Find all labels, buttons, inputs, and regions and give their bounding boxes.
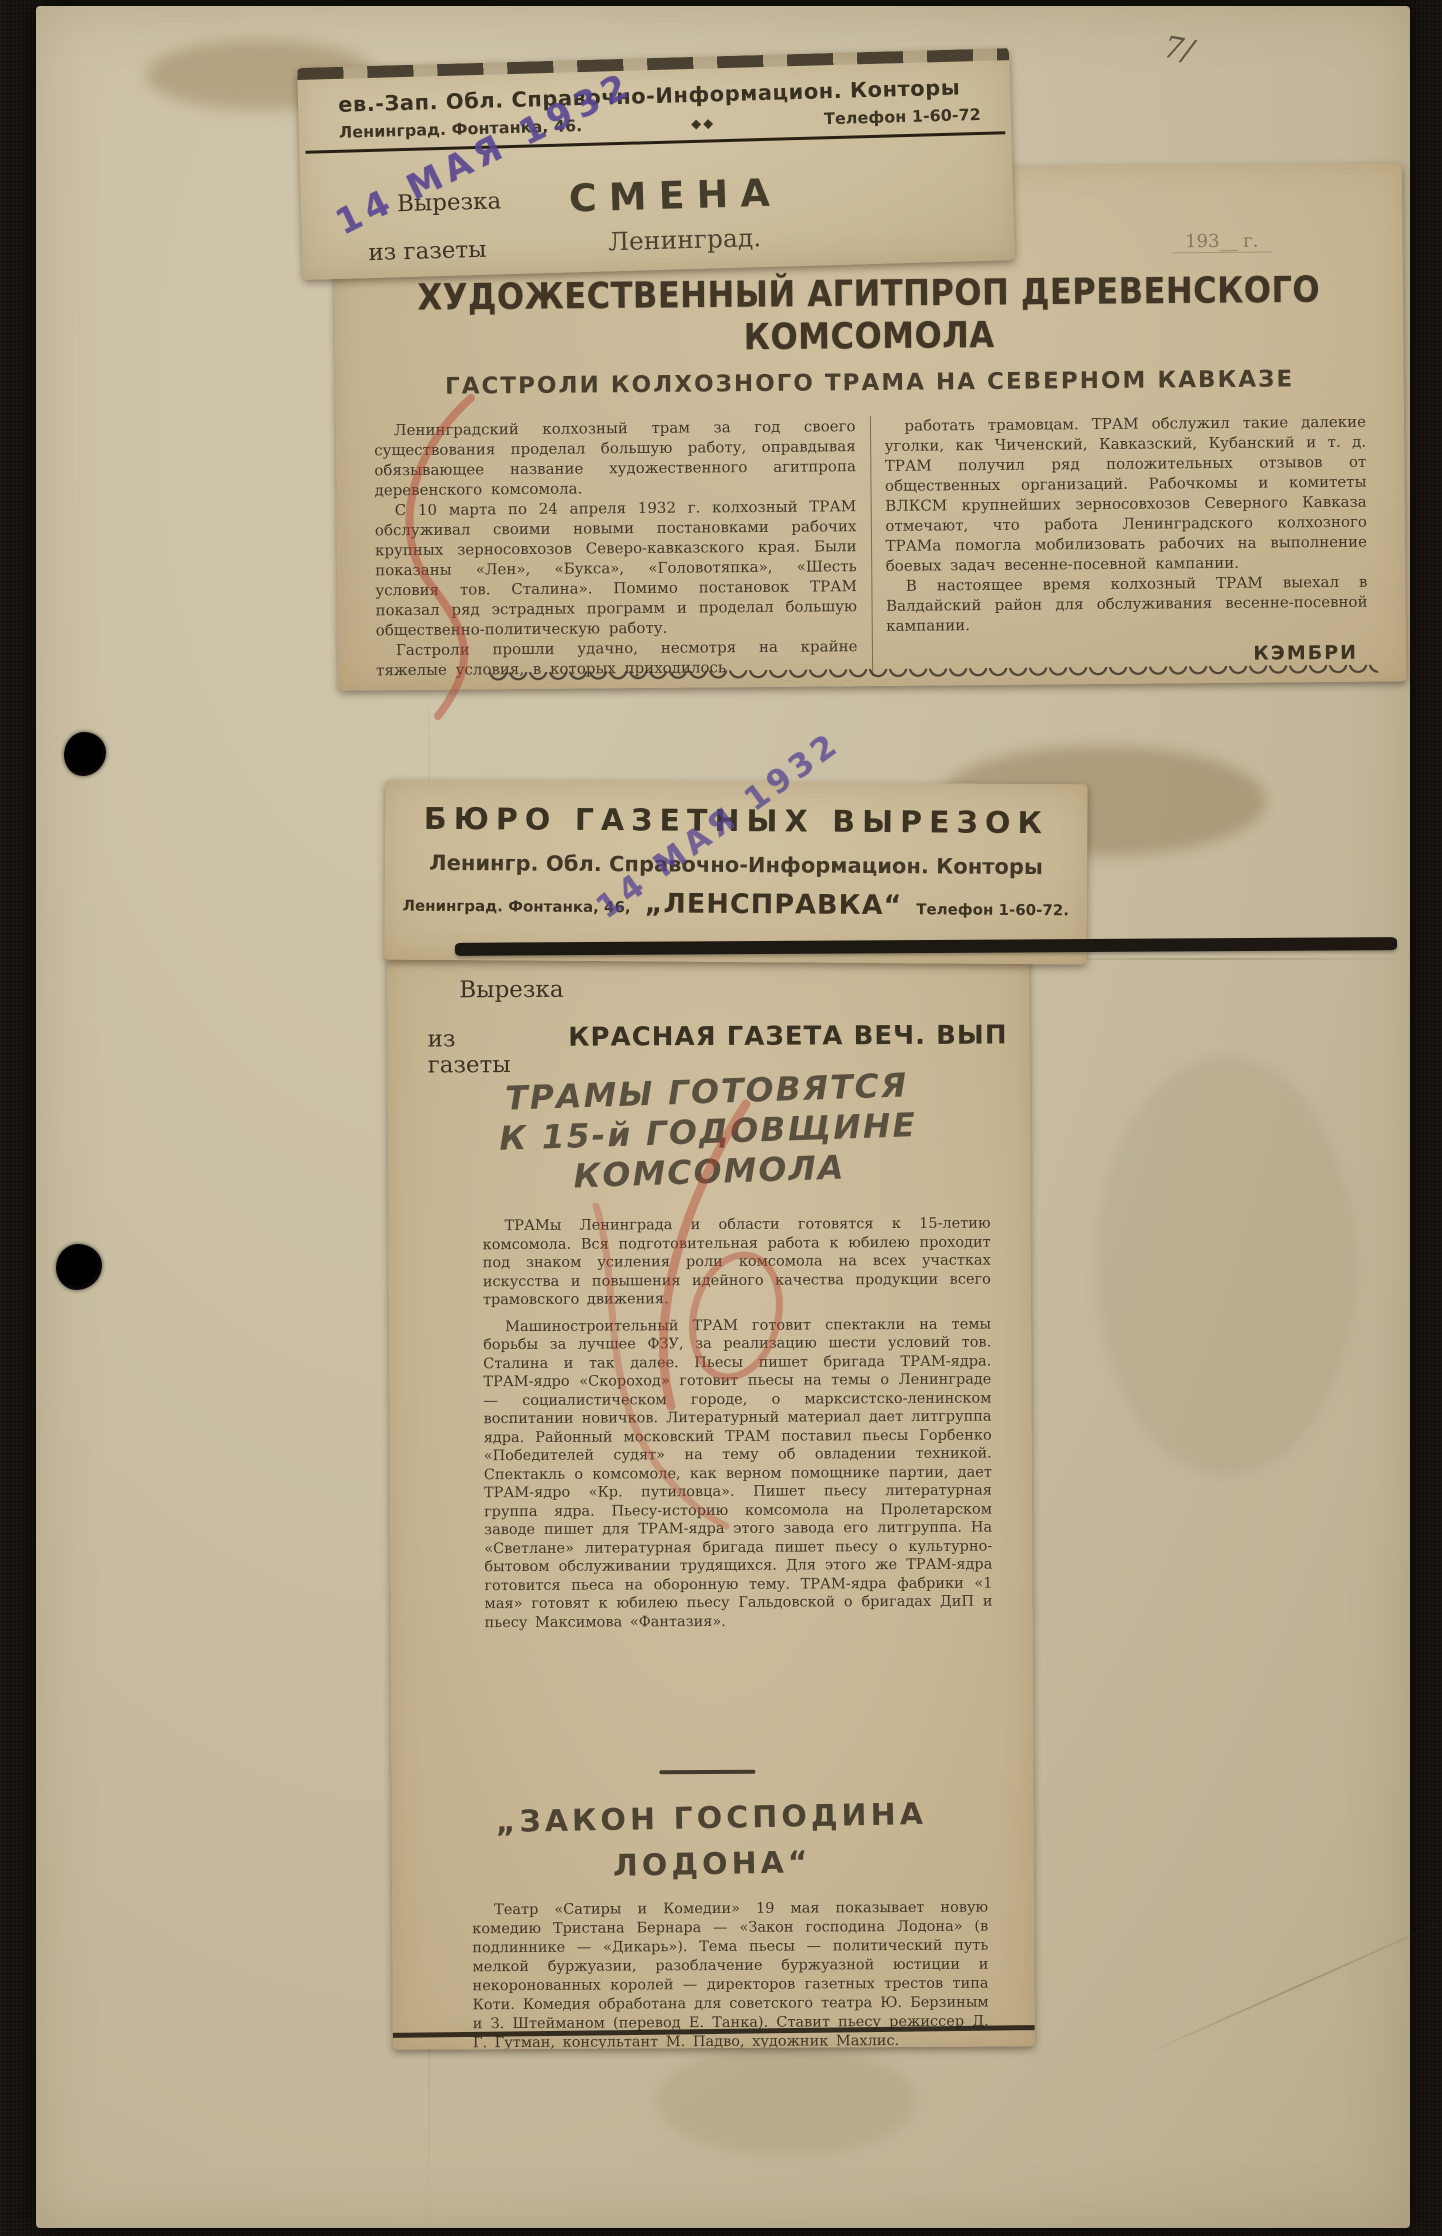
ornament-icon: ◆◆ — [582, 113, 824, 135]
newspaper-name-krasnaya-gazeta: КРАСНАЯ ГАЗЕТА ВЕЧ. ВЫП — [568, 1020, 1007, 1052]
bureau-address: Ленинград. Фонтанка, 46. — [339, 116, 583, 142]
bureau-address: Ленинград. Фонтанка, 46, — [402, 897, 630, 917]
bureau-phone: Телефон 1-60-72. — [916, 900, 1069, 919]
cutout-label-line2: из газеты — [368, 237, 487, 266]
bureau-title: БЮРО ГАЗЕТНЫХ ВЫРЕЗОК — [385, 802, 1087, 842]
article1-column-left: Ленинградский колхозный трам за год свое… — [360, 416, 872, 680]
cutout-label-line1: Вырезка — [397, 188, 502, 217]
cutout-label-line1: Вырезка — [459, 977, 563, 1004]
paper-crease — [1131, 1913, 1442, 2061]
article-paragraph: В настоящее время колхозный ТРАМ выехал … — [886, 572, 1368, 636]
page-number: 7/ — [1161, 30, 1196, 70]
clipping-article-tramy: Вырезка из газеты КРАСНАЯ ГАЗЕТА ВЕЧ. ВЫ… — [387, 952, 1035, 2049]
clipping-bureau-slip-lenspravka: БЮРО ГАЗЕТНЫХ ВЫРЕЗОК Ленингр. Обл. Спра… — [384, 780, 1087, 965]
article3-headline: „ЗАКОН ГОСПОДИНА ЛОДОНА“ — [431, 1791, 993, 1894]
article-paragraph: ТРАМы Ленинграда и области готовятся к 1… — [483, 1215, 991, 1310]
cutout-label-line2: из газеты — [428, 1026, 521, 1078]
bureau-org-line: Ленингр. Обл. Справочно-Информацион. Кон… — [385, 851, 1087, 880]
glue-stain — [656, 2046, 916, 2156]
clipping-bureau-slip-smena: ев.-Зап. Обл. Справочно-Информацион. Кон… — [297, 48, 1015, 280]
article2-headline: ТРАМЫ ГОТОВЯТСЯ К 15-й ГОДОВЩИНЕ КОМСОМО… — [446, 1063, 970, 1200]
glue-stain — [1096, 1056, 1356, 1476]
bureau-brand: „ЛЕНСПРАВКА“ — [645, 888, 903, 921]
year-blank: 193__ г. — [1171, 230, 1272, 253]
scanned-album-page: 7/ ев.-Зап. Обл. Справочно-Информацион. … — [0, 0, 1442, 2236]
article1-subheadline: ГАСТРОЛИ КОЛХОЗНОГО ТРАМА НА СЕВЕРНОМ КА… — [356, 366, 1384, 401]
article-paragraph: Машиностроительный ТРАМ готовит спектакл… — [483, 1315, 993, 1632]
album-paper-sheet: 7/ ев.-Зап. Обл. Справочно-Информацион. … — [36, 6, 1410, 2228]
bureau-phone: Телефон 1-60-72 — [824, 105, 981, 128]
article-paragraph: работать трамовцам. ТРАМ обслужил такие … — [884, 412, 1367, 576]
section-divider-rule — [659, 1770, 755, 1775]
article2-body: ТРАМы Ленинграда и области готовятся к 1… — [483, 1215, 993, 1641]
article1-columns: Ленинградский колхозный трам за год свое… — [360, 412, 1382, 681]
article-paragraph: Ленинградский колхозный трам за год свое… — [374, 416, 856, 500]
punch-hole — [56, 1244, 102, 1290]
article1-column-right: работать трамовцам. ТРАМ обслужил такие … — [869, 412, 1382, 676]
newspaper-city: Ленинград. — [608, 223, 762, 256]
newspaper-name-smena: СМЕНА — [568, 171, 782, 221]
article-paragraph: С 10 марта по 24 апреля 1932 г. колхозны… — [375, 496, 858, 640]
article1-byline: КЭМБРИ — [886, 642, 1368, 668]
article1-headline: ХУДОЖЕСТВЕННЫЙ АГИТПРОП ДЕРЕВЕНСКОГО КОМ… — [355, 268, 1384, 362]
punch-hole — [64, 732, 106, 776]
